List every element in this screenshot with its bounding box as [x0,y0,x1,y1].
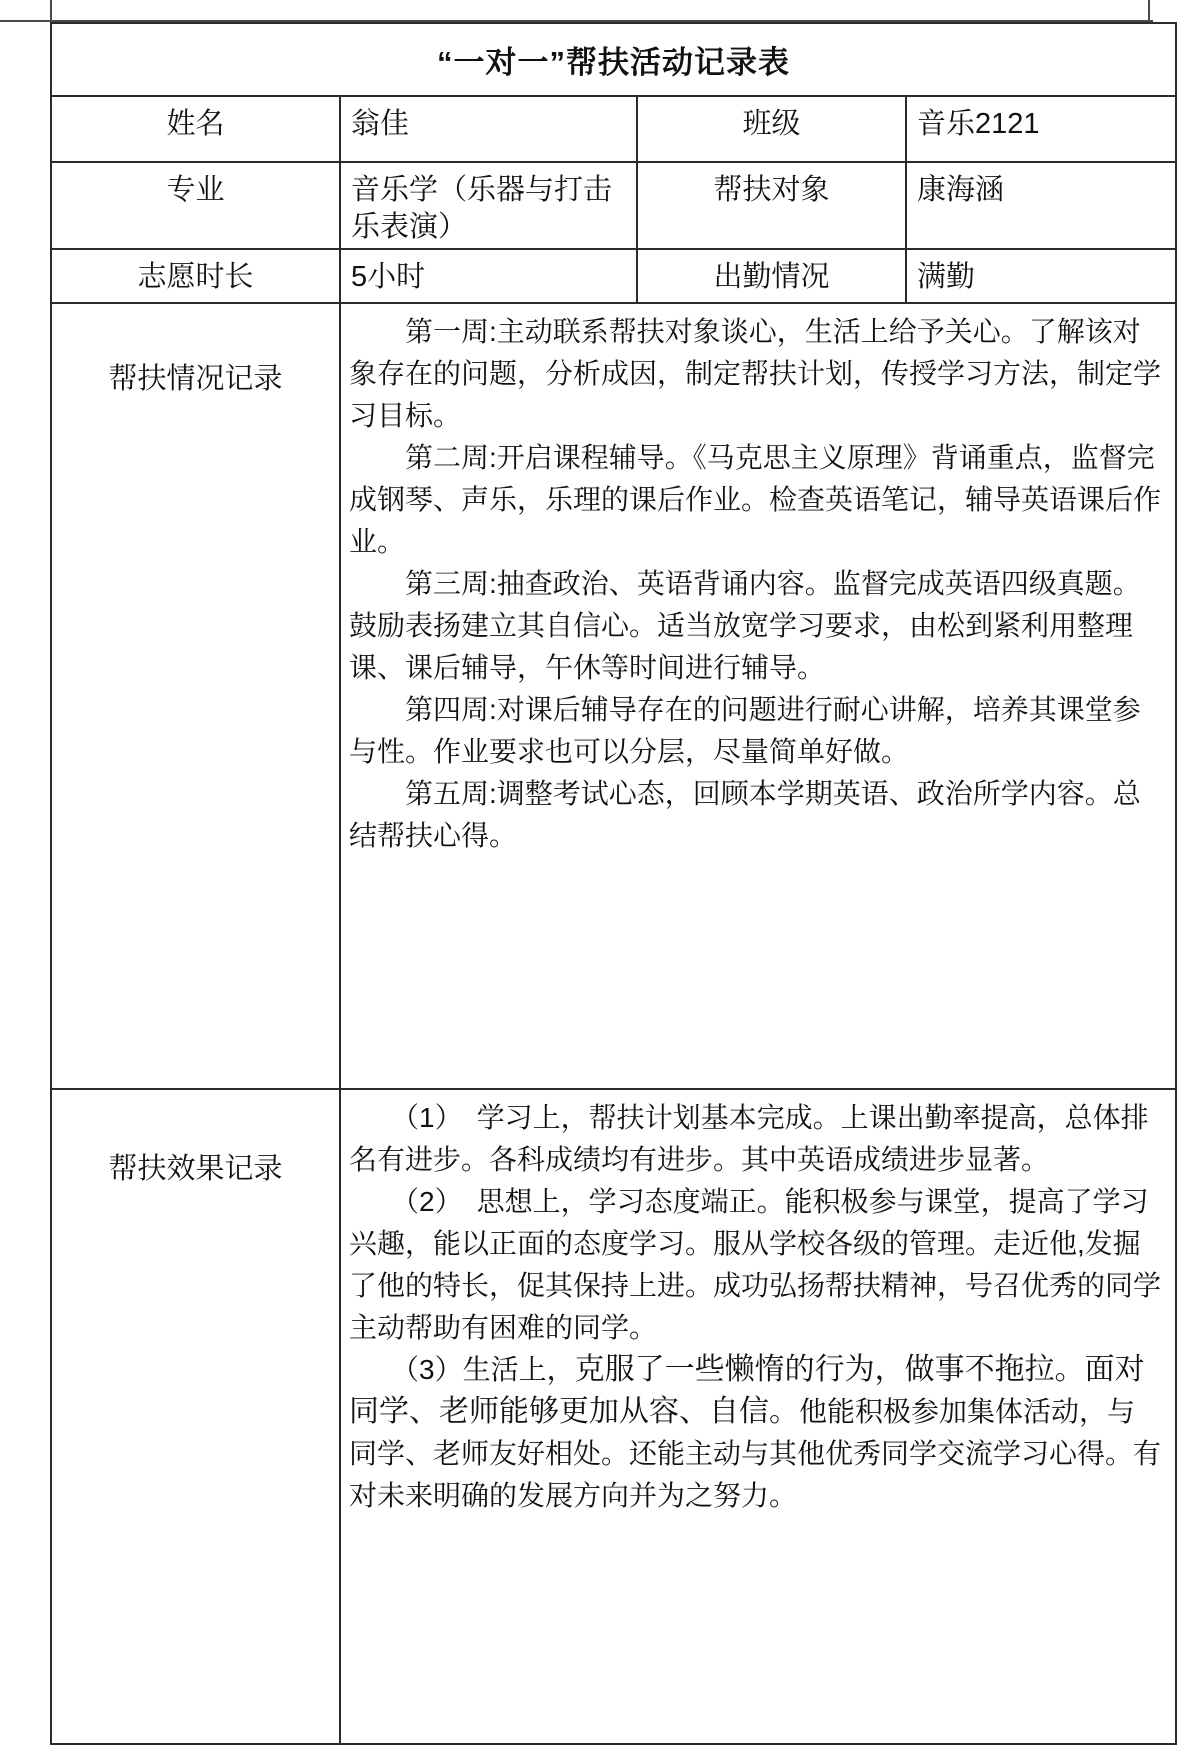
paragraph: 第三周:抽查政治、英语背诵内容。监督完成英语四级真题。鼓励表扬建立其自信心。适当… [349,563,1161,689]
help-target-label: 帮扶对象 [636,163,905,248]
paragraph-segment: 第四周:对课后辅导存在的问题进行耐心讲解，培养其课堂参与性。作业要求也可以分层，… [349,694,1141,767]
paragraph-segment: （2） 思想上，学习态度端正。能积极参与课堂，提高了学习兴趣，能以正面的态度学习… [349,1186,1161,1343]
paragraph: （2） 思想上，学习态度端正。能积极参与课堂，提高了学习兴趣，能以正面的态度学习… [349,1181,1161,1349]
table-row-help-effect: 帮扶效果记录 （1） 学习上，帮扶计划基本完成。上课出勤率提高，总体排名有进步。… [52,1088,1175,1743]
name-value: 翁佳 [339,97,636,161]
paragraph-segment: 第三周:抽查政治、英语背诵内容。监督完成英语四级真题。鼓励表扬建立其自信心。适当… [349,568,1141,683]
paragraph-segment: 第一周:主动联系帮扶对象谈心，生活上给予关心。了解该对象存在的问题，分析成因，制… [349,316,1161,431]
paragraph: 第二周:开启课程辅导。《马克思主义原理》背诵重点，监督完成钢琴、声乐，乐理的课后… [349,437,1161,563]
page-left-rule-stub [50,0,52,22]
paragraph: 第一周:主动联系帮扶对象谈心，生活上给予关心。了解该对象存在的问题，分析成因，制… [349,311,1161,437]
major-label: 专业 [52,163,339,248]
paragraph-segment: 第二周:开启课程辅导。《马克思主义原理》背诵重点，监督完成钢琴、声乐，乐理的课后… [349,442,1161,557]
record-form-table: “一对一”帮扶活动记录表 姓名 翁佳 班级 音乐2121 专业 音乐学（乐器与打… [50,22,1177,1745]
paragraph-segment: 第五周:调整考试心态，回顾本学期英语、政治所学内容。总结帮扶心得。 [349,778,1141,851]
class-label: 班级 [636,97,905,161]
page-title: “一对一”帮扶活动记录表 [437,37,790,82]
help-target-value: 康海涵 [905,163,1175,248]
attendance-value: 满勤 [905,250,1175,302]
table-row-hours-attendance: 志愿时长 5小时 出勤情况 满勤 [52,248,1175,302]
help-record-label: 帮扶情况记录 [52,304,339,1088]
help-effect-label: 帮扶效果记录 [52,1090,339,1743]
volunteer-hours-label: 志愿时长 [52,250,339,302]
paragraph: （3）生活上，克服了一些懒惰的行为，做事不拖拉。面对同学、老师能够更加从容、自信… [349,1349,1161,1517]
table-row-help-record: 帮扶情况记录 第一周:主动联系帮扶对象谈心，生活上给予关心。了解该对象存在的问题… [52,302,1175,1088]
table-row-name-class: 姓名 翁佳 班级 音乐2121 [52,95,1175,161]
paragraph: 第四周:对课后辅导存在的问题进行耐心讲解，培养其课堂参与性。作业要求也可以分层，… [349,689,1161,773]
name-label: 姓名 [52,97,339,161]
major-value: 音乐学（乐器与打击乐表演） [339,163,636,248]
attendance-label: 出勤情况 [636,250,905,302]
paragraph-segment: （1） 学习上，帮扶计划基本完成。上课出勤率提高，总体排名有进步。各科成绩均有进… [349,1102,1149,1175]
volunteer-hours-value: 5小时 [339,250,636,302]
paragraph-segment: （3）生活上， [391,1354,575,1385]
paragraph: 第五周:调整考试心态，回顾本学期英语、政治所学内容。总结帮扶心得。 [349,773,1161,857]
page-right-rule-stub [1148,0,1150,20]
help-effect-content: （1） 学习上，帮扶计划基本完成。上课出勤率提高，总体排名有进步。各科成绩均有进… [339,1090,1175,1743]
class-value: 音乐2121 [905,97,1175,161]
paragraph: （1） 学习上，帮扶计划基本完成。上课出勤率提高，总体排名有进步。各科成绩均有进… [349,1097,1161,1181]
table-row-major-target: 专业 音乐学（乐器与打击乐表演） 帮扶对象 康海涵 [52,161,1175,248]
title-row: “一对一”帮扶活动记录表 [52,24,1175,95]
help-record-content: 第一周:主动联系帮扶对象谈心，生活上给予关心。了解该对象存在的问题，分析成因，制… [339,304,1175,1088]
